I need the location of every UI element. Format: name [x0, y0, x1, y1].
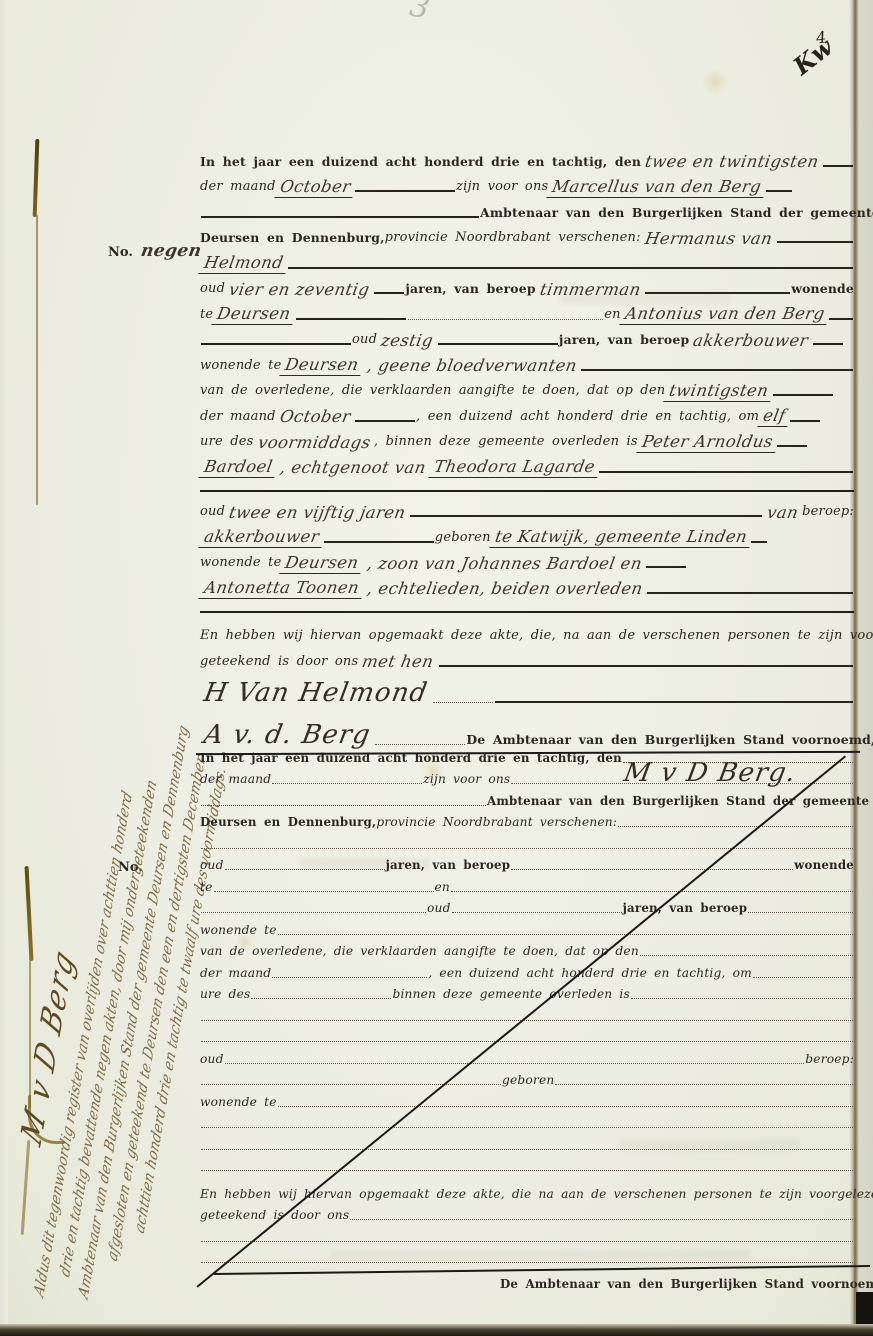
form-line: [200, 832, 854, 854]
solid-fill-line: [410, 515, 762, 517]
form-line: geteekend is door ons: [200, 1204, 854, 1226]
dotted-fill-line: [451, 891, 853, 892]
handwritten-entry: van: [762, 505, 804, 523]
handwritten-entry: Deursen: [212, 306, 296, 325]
solid-fill-line: [645, 292, 790, 294]
form-line: Ambtenaar van den Burgerlijken Stand der…: [200, 789, 854, 811]
form-line: oudvier en zeventigjaren, van beroeptimm…: [200, 274, 854, 300]
handwritten-entry: met hen: [357, 654, 439, 672]
page-left-edge: [0, 0, 8, 1336]
printed-label: en: [604, 307, 620, 325]
form-line: Antonetta Toonen, echtelieden, beiden ov…: [200, 573, 854, 599]
printed-label: provincie Noordbrabant verschenen:: [376, 815, 617, 832]
dotted-fill-line: [631, 998, 853, 999]
printed-label: oud: [200, 281, 225, 299]
form-line: Bardoel, echtgenoot vanTheodora Lagarde: [200, 452, 854, 478]
form-line: Helmond: [200, 248, 854, 274]
printed-label: der maand: [200, 772, 271, 789]
form-line: oudzestigjaren, van beroepakkerbouwer: [200, 325, 854, 351]
printed-label: ure des: [200, 434, 254, 452]
form-line: [200, 1247, 854, 1269]
form-line: oudjaren, van beroep: [200, 897, 854, 919]
handwritten-entry: elf: [757, 408, 791, 427]
printed-label: , binnen deze gemeente overleden is: [374, 434, 638, 452]
dotted-fill-line: [640, 955, 853, 956]
form-line: oudtwee en vijftig jarenvanberoep:: [200, 497, 854, 523]
handwritten-entry: October: [274, 409, 355, 427]
printed-label: wonende te: [200, 555, 281, 573]
dotted-fill-line: [251, 998, 391, 999]
dotted-fill-line: [623, 762, 853, 763]
form-line: geteekend is door onsmet hen: [200, 646, 854, 672]
printed-label: oud: [352, 332, 377, 350]
solid-fill-line: [777, 445, 807, 447]
dotted-fill-line: [511, 869, 793, 870]
printed-label: zijn voor ons: [423, 772, 510, 789]
printed-label: jaren, van beroep: [386, 858, 511, 875]
form-line: Ambtenaar van den Burgerlijken Stand der…: [200, 197, 854, 223]
solid-fill-line: [647, 592, 853, 594]
handwritten-entry: Antonetta Toonen: [198, 580, 364, 599]
handwritten-entry: Marcellus van den Berg: [547, 179, 767, 198]
handwritten-entry: te Katwijk, gemeente Linden: [489, 529, 752, 548]
printed-label: wonende te: [200, 1095, 277, 1112]
form-line: Deursen en Dennenburg,provincie Noordbra…: [200, 223, 854, 249]
solid-fill-line: [773, 394, 833, 396]
solid-fill-line: [813, 343, 843, 345]
dotted-fill-line: [201, 1020, 853, 1021]
handwritten-entry: akkerbouwer: [688, 333, 814, 351]
printed-label: binnen deze gemeente overleden is: [392, 987, 630, 1004]
binding-thread: [25, 866, 34, 961]
form-line: [200, 1225, 854, 1247]
handwritten-entry: October: [274, 179, 356, 198]
dotted-fill-line: [753, 977, 853, 978]
solid-fill-line: [829, 318, 853, 320]
form-line: teDeursenenAntonius van den Berg: [200, 299, 854, 325]
printed-label: oud: [200, 1052, 224, 1069]
form-line: [200, 1155, 854, 1177]
printed-label: , een duizend acht honderd drie en tacht…: [416, 409, 759, 427]
form-line: In het jaar een duizend acht honderd dri…: [200, 746, 854, 768]
printed-label: oud: [200, 504, 225, 522]
solid-fill-line: [201, 343, 351, 345]
dotted-fill-line: [511, 783, 853, 784]
handwritten-entry: , echtelieden, beiden overleden: [361, 581, 647, 599]
handwritten-entry: Deursen: [280, 555, 364, 574]
form-line: ure desbinnen deze gemeente overleden is: [200, 983, 854, 1005]
form-line: [200, 1133, 854, 1155]
dotted-fill-line: [555, 1084, 853, 1085]
dotted-fill-line: [201, 1041, 853, 1042]
dotted-fill-line: [408, 319, 604, 320]
printed-label: wonende: [791, 281, 854, 299]
book-bottom-edge: [0, 1324, 873, 1336]
form-line: [200, 1026, 854, 1048]
form-line: akkerbouwergeborente Katwijk, gemeente L…: [200, 522, 854, 548]
printed-label: oud: [200, 858, 224, 875]
form-line: van de overledene, die verklaarden aangi…: [200, 376, 854, 402]
dotted-fill-line: [225, 1063, 805, 1064]
form-line: wonende te: [200, 1090, 854, 1112]
printed-label: De Ambtenaar van den Burgerlijken Stand …: [500, 1277, 873, 1294]
binding-thread: [36, 215, 38, 505]
foxing-spot: [700, 70, 730, 94]
solid-fill-line: [355, 190, 455, 192]
form-line: wonende teDeursen, zoon van Johannes Bar…: [200, 548, 854, 574]
solid-fill-line: [288, 267, 853, 269]
form-line: teen: [200, 875, 854, 897]
handwritten-entry: voormiddags: [252, 435, 375, 453]
printed-label: Deursen en Dennenburg,: [200, 815, 376, 832]
form-line: der maandzijn voor ons: [200, 768, 854, 790]
handwritten-entry: Hermanus van: [639, 231, 777, 249]
printed-label: , een duizend acht honderd drie en tacht…: [428, 966, 752, 983]
handwritten-entry: timmerman: [534, 282, 646, 300]
printed-label: En hebben wij hiervan opgemaakt deze akt…: [200, 628, 873, 646]
dotted-fill-line: [278, 1106, 853, 1107]
solid-fill-line: [439, 665, 854, 667]
dotted-fill-line: [272, 977, 427, 978]
handwritten-entry: Deursen: [280, 357, 364, 376]
dotted-fill-line: [278, 934, 853, 935]
dotted-fill-line: [201, 1241, 853, 1242]
printed-label: te: [200, 880, 213, 897]
form-line: De Ambtenaar van den Burgerlijken Stand …: [200, 1272, 854, 1294]
solid-fill-line: [374, 292, 404, 294]
act-number-form1: No. negen: [108, 243, 206, 261]
dotted-fill-line: [748, 912, 853, 913]
printed-label: Deursen en Dennenburg,: [200, 230, 385, 248]
printed-label: van de overledene, die verklaarden aangi…: [200, 383, 665, 401]
form-line: der maand, een duizend acht honderd drie…: [200, 961, 854, 983]
solid-fill-line: [355, 420, 415, 422]
printed-label: Ambtenaar van den Burgerlijken Stand der…: [487, 794, 869, 811]
solid-fill-line: [823, 165, 853, 167]
printed-label: jaren, van beroep: [405, 281, 535, 299]
form-line: van de overledene, die verklaarden aangi…: [200, 940, 854, 962]
solid-fill-line: [766, 190, 792, 192]
form-line: In het jaar een duizend acht honderd dri…: [200, 146, 854, 172]
dotted-fill-line: [201, 912, 426, 913]
dotted-fill-line: [225, 869, 385, 870]
handwritten-entry: Peter Arnoldus: [636, 434, 778, 453]
form-line: der maandOctober, een duizend acht honde…: [200, 401, 854, 427]
printed-label: der maand: [200, 179, 276, 197]
solid-fill-line: [296, 318, 406, 320]
printed-label: geboren: [502, 1073, 554, 1090]
printed-label: beroep:: [802, 504, 854, 522]
printed-label: wonende: [794, 858, 854, 875]
dotted-fill-line: [433, 702, 493, 703]
form-line: H Van Helmond: [200, 672, 854, 708]
handwritten-entry: twee en vijftig jaren: [224, 505, 411, 523]
dotted-fill-line: [350, 1219, 853, 1220]
printed-label: der maand: [200, 966, 271, 983]
printed-label: en: [435, 880, 450, 897]
form-line: wonende teDeursen, geene bloedverwanten: [200, 350, 854, 376]
solid-fill-line: [495, 701, 853, 703]
printed-label: beroep:: [805, 1052, 854, 1069]
solid-fill-line: [581, 369, 853, 371]
printed-label: ure des: [200, 987, 250, 1004]
handwritten-entry: , geene bloedverwanten: [361, 358, 582, 376]
form-line: A v. d. BergDe Ambtenaar van den Burgerl…: [200, 708, 854, 750]
death-register-page: 4 Kw 3 No. negen No. M v D BergAldus dit…: [0, 0, 873, 1336]
solid-fill-line: [777, 241, 853, 243]
signature: H Van Helmond: [198, 680, 434, 708]
handwritten-entry: , zoon van Johannes Bardoel en: [361, 556, 647, 574]
printed-label: provincie Noordbrabant verschenen:: [385, 230, 641, 248]
act-number-label: No.: [108, 245, 133, 260]
form-line: [200, 478, 854, 492]
dotted-fill-line: [201, 1149, 853, 1150]
solid-fill-line: [438, 343, 558, 345]
dotted-fill-line: [375, 744, 465, 745]
handwritten-entry: Helmond: [198, 255, 288, 274]
dotted-fill-line: [618, 826, 853, 827]
printed-label: Ambtenaar van den Burgerlijken Stand der…: [480, 205, 873, 223]
printed-label: jaren, van beroep: [623, 901, 748, 918]
printed-label: wonende te: [200, 923, 277, 940]
printed-label: geboren: [435, 530, 491, 548]
form-line: En hebben wij hiervan opgemaakt deze akt…: [200, 621, 854, 647]
form-line: oudjaren, van beroepwonende: [200, 854, 854, 876]
dotted-fill-line: [201, 1170, 853, 1171]
form-line: wonende te: [200, 918, 854, 940]
handwritten-entry: twintigsten: [664, 383, 774, 402]
solid-fill-line: [201, 216, 479, 218]
solid-fill-line: [790, 420, 820, 422]
handwritten-entry: akkerbouwer: [198, 529, 324, 548]
dotted-fill-line: [214, 891, 434, 892]
dotted-fill-line: [201, 848, 853, 849]
dotted-fill-line: [201, 1084, 501, 1085]
solid-fill-line: [646, 566, 686, 568]
handwritten-entry: zestig: [376, 333, 439, 351]
dotted-fill-line: [201, 805, 486, 806]
handwritten-entry: vier en zeventig: [224, 282, 375, 300]
printed-label: zijn voor ons: [456, 179, 548, 197]
handwritten-entry: twee en twintigsten: [640, 154, 824, 172]
form-line: En hebben wij hiervan opgemaakt deze akt…: [200, 1182, 854, 1204]
printed-label: wonende te: [200, 358, 281, 376]
form-line: [200, 599, 854, 613]
printed-label: van de overledene, die verklaarden aangi…: [200, 944, 639, 961]
form-line: der maandOctoberzijn voor onsMarcellus v…: [200, 172, 854, 198]
dotted-fill-line: [201, 1262, 853, 1263]
printed-label: oud: [427, 901, 451, 918]
dotted-fill-line: [452, 912, 622, 913]
printed-label: geteekend is door ons: [200, 654, 358, 672]
handwritten-entry: Antonius van den Berg: [619, 306, 830, 325]
printed-label: der maand: [200, 409, 276, 427]
form-line: oudberoep:: [200, 1047, 854, 1069]
printed-label: jaren, van beroep: [559, 332, 689, 350]
act-form-filled: In het jaar een duizend acht honderd dri…: [200, 146, 854, 788]
dotted-fill-line: [201, 1127, 853, 1128]
solid-fill-line: [599, 471, 853, 473]
solid-fill-line: [324, 541, 434, 543]
form-line: [200, 1112, 854, 1134]
stray-ink-mark: 3: [407, 0, 433, 27]
solid-fill-line: [751, 541, 767, 543]
handwritten-entry: Bardoel: [198, 459, 277, 478]
printed-label: In het jaar een duizend acht honderd dri…: [200, 154, 641, 172]
form-line: ure desvoormiddags, binnen deze gemeente…: [200, 427, 854, 453]
dotted-fill-line: [272, 783, 422, 784]
handwritten-entry: Theodora Lagarde: [428, 459, 600, 478]
handwritten-entry: , echtgenoot van: [275, 460, 432, 478]
binding-thread: [33, 139, 40, 217]
act-number-value: negen: [136, 243, 207, 261]
archivist-initials-mark: Kw: [787, 32, 838, 80]
form-line: geboren: [200, 1069, 854, 1091]
